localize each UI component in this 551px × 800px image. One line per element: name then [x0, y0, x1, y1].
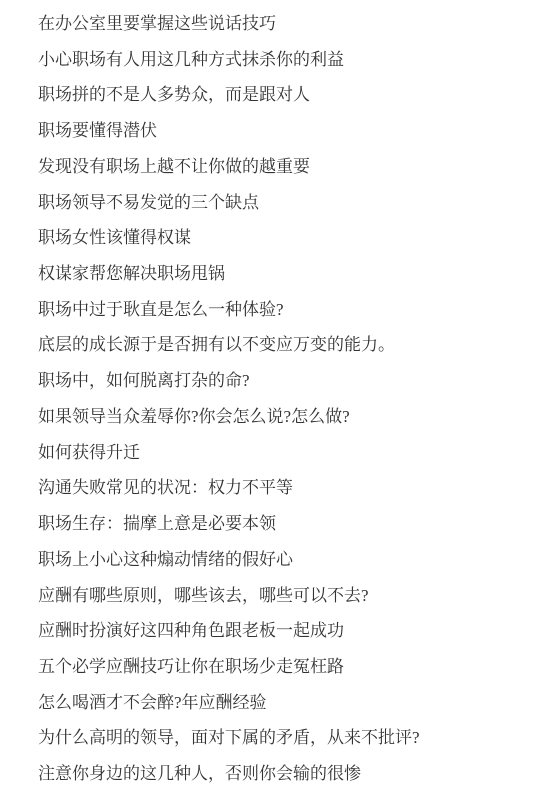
article-link[interactable]: 职场生存：揣摩上意是必要本领: [38, 506, 551, 542]
article-link[interactable]: 职场女性该懂得权谋: [38, 220, 551, 256]
article-link[interactable]: 发现没有职场上越不让你做的越重要: [38, 149, 551, 185]
article-link[interactable]: 如果领导当众羞辱你?你会怎么说?怎么做?: [38, 399, 551, 435]
article-link[interactable]: 应酬有哪些原则，哪些该去，哪些可以不去?: [38, 578, 551, 614]
article-link[interactable]: 沟通失败常见的状况：权力不平等: [38, 470, 551, 506]
article-link[interactable]: 应酬时扮演好这四种角色跟老板一起成功: [38, 613, 551, 649]
article-link[interactable]: 职场上小心这种煽动情绪的假好心: [38, 542, 551, 578]
article-link[interactable]: 为什么高明的领导，面对下属的矛盾，从来不批评?: [38, 720, 551, 756]
article-link[interactable]: 职场拼的不是人多势众，而是跟对人: [38, 77, 551, 113]
article-list-page: 在办公室里要掌握这些说话技巧 小心职场有人用这几种方式抹杀你的利益 职场拼的不是…: [0, 0, 551, 800]
article-link[interactable]: 五个必学应酬技巧让你在职场少走冤枉路: [38, 649, 551, 685]
article-link[interactable]: 职场要懂得潜伏: [38, 113, 551, 149]
article-link[interactable]: 职场领导不易发觉的三个缺点: [38, 185, 551, 221]
article-link[interactable]: 小心职场有人用这几种方式抹杀你的利益: [38, 42, 551, 78]
article-link[interactable]: 怎么喝酒才不会醉?年应酬经验: [38, 685, 551, 721]
article-link[interactable]: 职场中，如何脱离打杂的命?: [38, 363, 551, 399]
article-link[interactable]: 职场中过于耿直是怎么一种体验?: [38, 292, 551, 328]
article-link[interactable]: 如何获得升迁: [38, 435, 551, 471]
article-list: 在办公室里要掌握这些说话技巧 小心职场有人用这几种方式抹杀你的利益 职场拼的不是…: [0, 0, 551, 792]
article-link[interactable]: 在办公室里要掌握这些说话技巧: [38, 6, 551, 42]
article-link[interactable]: 权谋家帮您解决职场甩锅: [38, 256, 551, 292]
article-link[interactable]: 底层的成长源于是否拥有以不变应万变的能力。: [38, 327, 551, 363]
article-link[interactable]: 注意你身边的这几种人，否则你会输的很惨: [38, 756, 551, 792]
